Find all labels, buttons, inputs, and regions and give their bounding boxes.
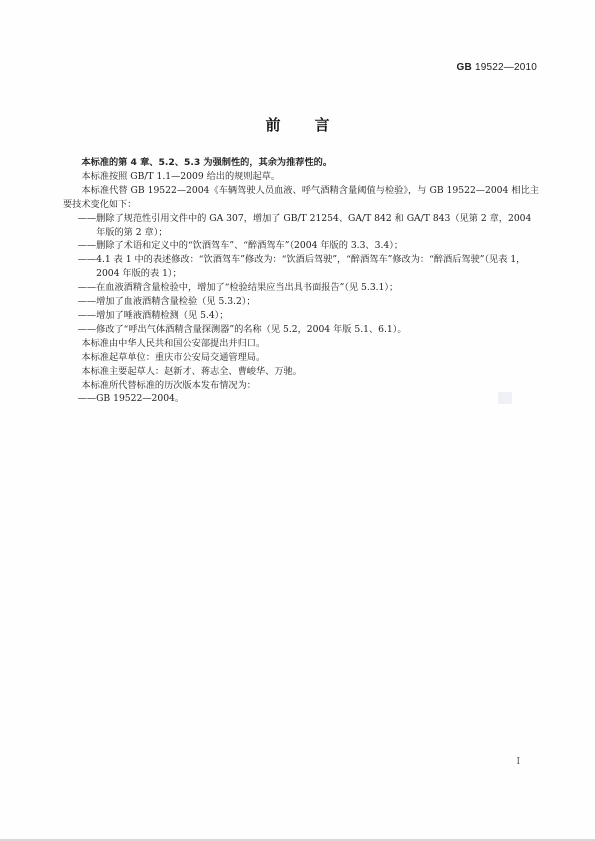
mandatory-statement: 本标准的第 4 章、5.2、5.3 为强制性的，其余为推荐性的。: [63, 156, 539, 170]
proposed-by: 本标准由中华人民共和国公安部提出并归口。: [63, 337, 539, 351]
watermark-icon: [498, 392, 512, 404]
page-title: 前言: [0, 114, 595, 135]
change-item: ——增加了血液酒精含量检验（见 5.3.2）；: [63, 295, 539, 309]
change-item: ——删除了术语和定义中的“饮酒驾车”、“醉酒驾车”（2004 年版的 3.3、3…: [63, 239, 539, 253]
change-item: ——删除了规范性引用文件中的 GA 307，增加了 GB/T 21254、GA/…: [63, 212, 539, 240]
standard-prefix: GB: [457, 62, 472, 73]
drafting-unit: 本标准起草单位：重庆市公安局交通管理局。: [63, 351, 539, 365]
drafting-rule: 本标准按照 GB/T 1.1—2009 给出的规则起草。: [63, 170, 539, 184]
history-intro: 本标准所代替标准的历次版本发布情况为：: [63, 379, 539, 393]
standard-number: 19522—2010: [475, 62, 537, 73]
replacement-statement: 本标准代替 GB 19522—2004《车辆驾驶人员血液、呼气酒精含量阈值与检验…: [63, 184, 539, 212]
standard-code: GB 19522—2010: [457, 62, 537, 73]
document-page: GB 19522—2010 前言 本标准的第 4 章、5.2、5.3 为强制性的…: [0, 0, 596, 841]
drafters: 本标准主要起草人：赵新才、蒋志全、曹峻华、万驰。: [63, 365, 539, 379]
page-number: I: [516, 757, 520, 767]
foreword-body: 本标准的第 4 章、5.2、5.3 为强制性的，其余为推荐性的。 本标准按照 G…: [63, 156, 539, 406]
history-item: ——GB 19522—2004。: [63, 392, 539, 406]
change-item: ——增加了唾液酒精检测（见 5.4）；: [63, 309, 539, 323]
change-item: ——在血液酒精含量检验中，增加了“检验结果应当出具书面报告”（见 5.3.1）；: [63, 281, 539, 295]
change-item: ——修改了“呼出气体酒精含量探测器”的名称（见 5.2，2004 年版 5.1、…: [63, 323, 539, 337]
change-item: ——4.1 表 1 中的表述修改：“饮酒驾车”修改为：“饮酒后驾驶”，“醉酒驾车…: [63, 253, 539, 281]
changes-list: ——删除了规范性引用文件中的 GA 307，增加了 GB/T 21254、GA/…: [63, 212, 539, 337]
